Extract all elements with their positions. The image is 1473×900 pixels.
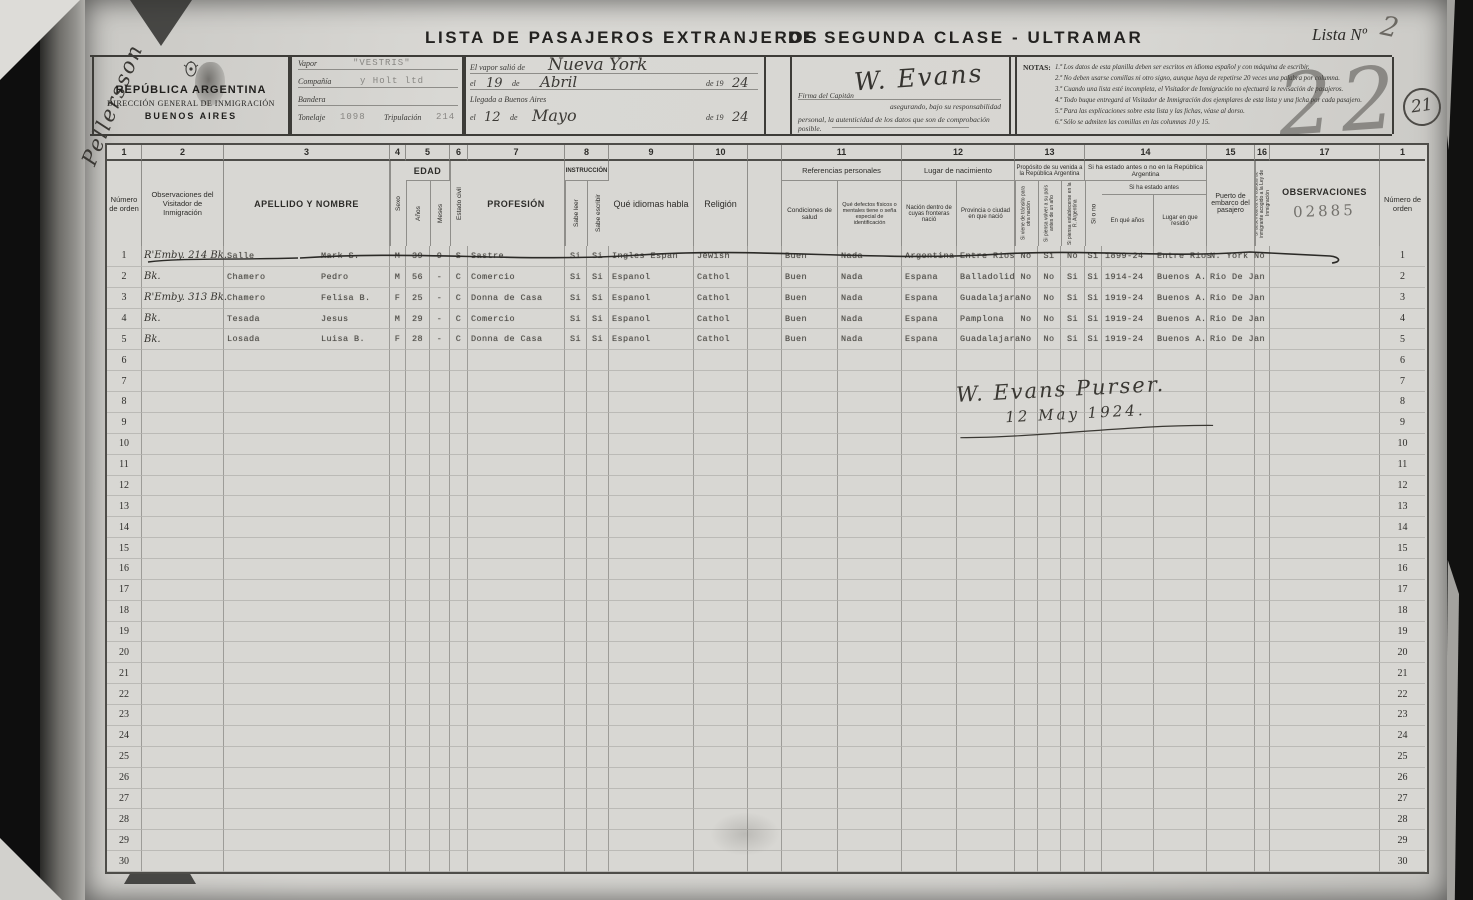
cell-empty — [1255, 538, 1270, 559]
cell-volver: No — [1038, 288, 1061, 309]
cell-volver — [1038, 684, 1061, 705]
cell-puerto — [1207, 517, 1255, 538]
cell-nacion — [902, 789, 957, 810]
cell-transito: No — [1015, 246, 1038, 267]
cell-obs — [142, 622, 224, 643]
cell-transito — [1015, 851, 1038, 872]
org-city: BUENOS AIRES — [94, 111, 288, 121]
cell-years — [406, 601, 430, 622]
header-sabe-leer: Sabe leer — [565, 181, 587, 246]
cell-empty — [1270, 267, 1380, 288]
cell-profession — [468, 455, 565, 476]
cell-idiomas — [609, 517, 694, 538]
cell-idiomas — [609, 371, 694, 392]
cell-num: 2 — [107, 267, 142, 288]
cell-name — [224, 476, 390, 497]
cell-profession — [468, 830, 565, 851]
cell-nacion — [902, 768, 957, 789]
cell-sex: F — [390, 288, 406, 309]
cell-idiomas: Espanol — [609, 288, 694, 309]
cell-years — [406, 789, 430, 810]
salio-year: 24 — [732, 76, 749, 91]
cell-defectos — [838, 747, 902, 768]
cell-obs — [142, 476, 224, 497]
cell-years — [406, 830, 430, 851]
cell-num2: 28 — [1380, 809, 1425, 830]
cell-num2: 17 — [1380, 580, 1425, 601]
cell-name — [224, 705, 390, 726]
cell-idiomas — [609, 559, 694, 580]
org-box: REPÚBLICA ARGENTINA DIRECCIÓN GENERAL DE… — [92, 57, 290, 134]
cell-establecerse — [1061, 476, 1085, 497]
cell-civil — [450, 726, 468, 747]
cell-months — [430, 768, 450, 789]
captain-signature-handwritten: W. Evans — [853, 59, 984, 97]
cell-estuvo — [1085, 642, 1102, 663]
cell-empty — [1270, 350, 1380, 371]
cell-lee — [565, 642, 587, 663]
cell-years — [406, 726, 430, 747]
cell-nacion — [902, 830, 957, 851]
cell-defectos — [838, 455, 902, 476]
cell-empty — [1255, 684, 1270, 705]
cell-lugar — [1154, 476, 1207, 497]
cell-lee — [565, 476, 587, 497]
cell-empty — [1270, 434, 1380, 455]
cell-transito — [1015, 455, 1038, 476]
cell-lugar: Buenos A. — [1154, 267, 1207, 288]
cell-num: 18 — [107, 601, 142, 622]
cell-months — [430, 517, 450, 538]
cell-sex — [390, 392, 406, 413]
cell-nacion — [902, 601, 957, 622]
cell-anos — [1102, 622, 1154, 643]
header-estado-antes: Si ha estado antes o no en la República … — [1085, 161, 1207, 181]
cell-obs — [142, 851, 224, 872]
cell-escribe: Si — [587, 246, 609, 267]
cell-empty — [748, 350, 782, 371]
cell-lugar: Buenos A. — [1154, 309, 1207, 330]
cell-obs — [142, 392, 224, 413]
cell-sex — [390, 601, 406, 622]
cell-obs — [142, 559, 224, 580]
cell-establecerse — [1061, 768, 1085, 789]
cell-num: 27 — [107, 789, 142, 810]
ship-info-box: Vapor"VESTRIS" Compañíay Holt ltd Bander… — [290, 57, 466, 134]
cell-name — [224, 455, 390, 476]
cell-months — [430, 809, 450, 830]
cell-empty — [1270, 246, 1380, 267]
de-label: de — [512, 79, 520, 88]
cell-religion — [694, 684, 748, 705]
cell-empty — [1255, 622, 1270, 643]
cell-years — [406, 768, 430, 789]
cell-lugar — [1154, 350, 1207, 371]
cell-name — [224, 747, 390, 768]
cell-religion — [694, 476, 748, 497]
cell-religion — [694, 371, 748, 392]
cell-establecerse — [1061, 663, 1085, 684]
passenger-surname: Losada — [227, 334, 321, 344]
cell-profession — [468, 476, 565, 497]
cell-establecerse: Si — [1061, 267, 1085, 288]
cell-months — [430, 747, 450, 768]
page-subtitle: DE SEGUNDA CLASE - ULTRAMAR — [788, 28, 1143, 48]
cell-provincia — [957, 642, 1015, 663]
cell-escribe — [587, 663, 609, 684]
cell-empty — [1255, 517, 1270, 538]
voyage-box: El vapor salió de Nueva York el 19 de Ab… — [462, 57, 766, 134]
cell-obs: Bk. — [142, 329, 224, 350]
cell-lee: Si — [565, 288, 587, 309]
cell-empty — [748, 726, 782, 747]
cell-profession — [468, 496, 565, 517]
cell-empty — [1255, 580, 1270, 601]
cell-lugar — [1154, 851, 1207, 872]
cell-name: TesadaJesus — [224, 309, 390, 330]
cell-empty — [748, 476, 782, 497]
cell-empty — [1255, 747, 1270, 768]
cell-establecerse — [1061, 517, 1085, 538]
cell-profession — [468, 851, 565, 872]
cell-lugar: Buenos A. — [1154, 329, 1207, 350]
cell-obs — [142, 601, 224, 622]
cell-profession — [468, 434, 565, 455]
cell-defectos: Nada — [838, 288, 902, 309]
cell-idiomas — [609, 580, 694, 601]
cell-num2: 24 — [1380, 726, 1425, 747]
cell-empty — [1255, 601, 1270, 622]
cell-volver — [1038, 830, 1061, 851]
cell-defectos — [838, 580, 902, 601]
cell-obs — [142, 517, 224, 538]
cell-years — [406, 434, 430, 455]
cell-empty — [1255, 309, 1270, 330]
cell-sex — [390, 705, 406, 726]
cell-religion — [694, 789, 748, 810]
cell-transito — [1015, 684, 1038, 705]
cell-salud: Buen — [782, 309, 838, 330]
cell-estuvo — [1085, 622, 1102, 643]
cell-name — [224, 684, 390, 705]
cell-anos — [1102, 789, 1154, 810]
cell-defectos — [838, 371, 902, 392]
cell-lugar — [1154, 580, 1207, 601]
colnum-5: 5 — [406, 145, 450, 161]
cell-establecerse — [1061, 496, 1085, 517]
cell-lugar — [1154, 434, 1207, 455]
cell-establecerse — [1061, 455, 1085, 476]
cell-name — [224, 830, 390, 851]
cell-provincia — [957, 663, 1015, 684]
header-idiomas: Qué idiomas habla — [609, 161, 694, 246]
cell-religion — [694, 768, 748, 789]
cell-empty — [748, 288, 782, 309]
header-puerto-embarco: Puerto de embarco del pasajero — [1207, 161, 1255, 246]
cell-num2: 18 — [1380, 601, 1425, 622]
colnum-3: 3 — [224, 145, 390, 161]
cell-anos: 1919-24 — [1102, 329, 1154, 350]
cell-defectos — [838, 413, 902, 434]
cell-idiomas — [609, 642, 694, 663]
cell-sex: M — [390, 309, 406, 330]
cell-profession — [468, 705, 565, 726]
cell-establecerse — [1061, 789, 1085, 810]
cell-num2: 11 — [1380, 455, 1425, 476]
cell-lee — [565, 580, 587, 601]
cell-defectos — [838, 392, 902, 413]
header-sabe-escribir: Sabe escribir — [587, 181, 609, 246]
cell-establecerse: Si — [1061, 309, 1085, 330]
cell-anos: 1899-24 — [1102, 246, 1154, 267]
cell-salud — [782, 622, 838, 643]
cell-nacion: Espana — [902, 309, 957, 330]
cell-estuvo: Si — [1085, 267, 1102, 288]
cell-profession — [468, 642, 565, 663]
cell-estuvo — [1085, 789, 1102, 810]
cell-lee — [565, 663, 587, 684]
cell-name — [224, 580, 390, 601]
cell-puerto — [1207, 789, 1255, 810]
cell-salud — [782, 350, 838, 371]
cell-profession — [468, 726, 565, 747]
cell-salud — [782, 747, 838, 768]
cell-establecerse — [1061, 580, 1085, 601]
header-gap-column — [748, 161, 782, 246]
header-observaciones-visitador: Observaciones del Visitador de Inmigraci… — [142, 161, 224, 246]
cell-civil: C — [450, 329, 468, 350]
cell-provincia — [957, 517, 1015, 538]
cell-establecerse — [1061, 705, 1085, 726]
cell-transito — [1015, 705, 1038, 726]
cell-lee — [565, 830, 587, 851]
cell-empty — [1255, 559, 1270, 580]
cell-lee: Si — [565, 309, 587, 330]
cell-empty — [1255, 726, 1270, 747]
cell-religion: Cathol — [694, 267, 748, 288]
cell-nacion — [902, 455, 957, 476]
cell-religion — [694, 601, 748, 622]
cell-volver — [1038, 476, 1061, 497]
cell-obs — [142, 789, 224, 810]
cell-anos — [1102, 809, 1154, 830]
cell-salud — [782, 726, 838, 747]
cell-obs — [142, 809, 224, 830]
cell-empty — [1255, 496, 1270, 517]
cell-establecerse — [1061, 809, 1085, 830]
cell-provincia — [957, 851, 1015, 872]
llegada-label: Llegada a Buenos Aires — [470, 95, 546, 104]
cell-salud — [782, 601, 838, 622]
el-label: el — [470, 79, 476, 88]
cell-transito — [1015, 726, 1038, 747]
cell-puerto — [1207, 434, 1255, 455]
cell-salud — [782, 559, 838, 580]
cell-puerto — [1207, 350, 1255, 371]
cell-puerto: Rio De Jan — [1207, 288, 1255, 309]
cell-escribe — [587, 350, 609, 371]
cell-empty — [1270, 851, 1380, 872]
cell-name — [224, 789, 390, 810]
cell-years — [406, 350, 430, 371]
paper-smudge — [710, 812, 780, 856]
cell-empty — [1270, 538, 1380, 559]
cell-empty — [748, 413, 782, 434]
lista-number-label: Lista Nº — [1312, 25, 1367, 45]
colnum-6: 6 — [450, 145, 468, 161]
cell-estuvo — [1085, 726, 1102, 747]
cell-defectos — [838, 476, 902, 497]
cell-name — [224, 601, 390, 622]
cell-name — [224, 768, 390, 789]
cell-transito — [1015, 830, 1038, 851]
cell-num: 30 — [107, 851, 142, 872]
cell-lee — [565, 601, 587, 622]
cell-months — [430, 538, 450, 559]
cell-num2: 12 — [1380, 476, 1425, 497]
cell-idiomas — [609, 434, 694, 455]
cell-months — [430, 684, 450, 705]
cell-empty — [748, 246, 782, 267]
salio-place-handwritten: Nueva York — [548, 55, 647, 75]
passenger-surname: Chamero — [227, 272, 321, 282]
cell-establecerse — [1061, 726, 1085, 747]
cell-name — [224, 851, 390, 872]
header-salud: Condiciones de salud — [782, 181, 838, 246]
cell-months — [430, 559, 450, 580]
passenger-given-name: Jesus — [321, 314, 349, 324]
cell-volver — [1038, 642, 1061, 663]
cell-salud — [782, 517, 838, 538]
cell-profession — [468, 559, 565, 580]
cell-name — [224, 392, 390, 413]
cell-salud — [782, 851, 838, 872]
cell-name: ChameroPedro — [224, 267, 390, 288]
org-department: DIRECCIÓN GENERAL DE INMIGRACIÓN — [94, 99, 288, 108]
cell-nacion — [902, 663, 957, 684]
cell-lee — [565, 392, 587, 413]
cell-anos: 1919-24 — [1102, 309, 1154, 330]
cell-obs — [142, 496, 224, 517]
cell-empty — [1270, 517, 1380, 538]
cell-obs — [142, 663, 224, 684]
cell-num2: 21 — [1380, 663, 1425, 684]
cell-idiomas — [609, 392, 694, 413]
cell-volver — [1038, 663, 1061, 684]
cell-escribe — [587, 371, 609, 392]
cell-escribe — [587, 768, 609, 789]
cell-anos — [1102, 350, 1154, 371]
cell-salud — [782, 413, 838, 434]
cell-nacion — [902, 538, 957, 559]
cell-salud — [782, 434, 838, 455]
cell-estuvo — [1085, 538, 1102, 559]
passenger-surname: Tesada — [227, 314, 321, 324]
cell-religion — [694, 622, 748, 643]
colnum-16: 16 — [1255, 145, 1270, 161]
cell-empty — [748, 768, 782, 789]
cell-puerto — [1207, 455, 1255, 476]
cell-num2: 6 — [1380, 350, 1425, 371]
cell-sex — [390, 455, 406, 476]
cell-num: 12 — [107, 476, 142, 497]
cell-nacion — [902, 747, 957, 768]
cell-num2: 16 — [1380, 559, 1425, 580]
cell-provincia — [957, 580, 1015, 601]
cell-anos — [1102, 559, 1154, 580]
cell-volver — [1038, 559, 1061, 580]
cell-num: 10 — [107, 434, 142, 455]
cell-idiomas — [609, 789, 694, 810]
cell-nacion — [902, 726, 957, 747]
cell-establecerse — [1061, 601, 1085, 622]
cell-empty — [748, 663, 782, 684]
cell-establecerse: Si — [1061, 288, 1085, 309]
cell-religion — [694, 705, 748, 726]
cell-escribe — [587, 726, 609, 747]
cell-escribe — [587, 789, 609, 810]
cell-profession: Donna de Casa — [468, 329, 565, 350]
cell-num2: 5 — [1380, 329, 1425, 350]
cell-lugar — [1154, 601, 1207, 622]
cell-civil — [450, 747, 468, 768]
vapor-value: "VESTRIS" — [353, 58, 411, 68]
cell-defectos — [838, 601, 902, 622]
cell-defectos — [838, 663, 902, 684]
cell-num2: 2 — [1380, 267, 1425, 288]
cell-salud — [782, 371, 838, 392]
cell-anos — [1102, 496, 1154, 517]
cell-empty — [1270, 455, 1380, 476]
cell-profession — [468, 392, 565, 413]
cell-empty — [1270, 601, 1380, 622]
cell-puerto — [1207, 622, 1255, 643]
cell-salud — [782, 830, 838, 851]
bandera-label: Bandera — [298, 95, 326, 104]
cell-lugar — [1154, 789, 1207, 810]
header-establecerse: Si piensa establecerse en la R. Argentin… — [1061, 181, 1085, 246]
cell-defectos — [838, 538, 902, 559]
passenger-given-name: Mark S. — [321, 251, 360, 261]
cell-num2: 1 — [1380, 246, 1425, 267]
cell-lugar — [1154, 830, 1207, 851]
cell-obs — [142, 434, 224, 455]
header-en-que-anos: En qué años — [1102, 195, 1154, 246]
cell-escribe — [587, 559, 609, 580]
cell-num: 6 — [107, 350, 142, 371]
cell-volver — [1038, 538, 1061, 559]
cell-num2: 19 — [1380, 622, 1425, 643]
cell-empty — [1270, 809, 1380, 830]
cell-empty — [1255, 705, 1270, 726]
cell-anos: 1919-24 — [1102, 288, 1154, 309]
cell-profession — [468, 350, 565, 371]
cell-empty — [748, 329, 782, 350]
cell-provincia — [957, 684, 1015, 705]
cell-volver: No — [1038, 329, 1061, 350]
cell-volver — [1038, 705, 1061, 726]
cell-empty — [1270, 288, 1380, 309]
cell-volver — [1038, 809, 1061, 830]
cell-obs — [142, 747, 224, 768]
cell-num2: 23 — [1380, 705, 1425, 726]
cell-num2: 8 — [1380, 392, 1425, 413]
cell-establecerse — [1061, 747, 1085, 768]
header-lugar-nacimiento: Lugar de nacimiento — [902, 161, 1015, 181]
cell-escribe — [587, 622, 609, 643]
cell-religion — [694, 350, 748, 371]
header-apellido-nombre: APELLIDO Y NOMBRE — [224, 161, 390, 246]
